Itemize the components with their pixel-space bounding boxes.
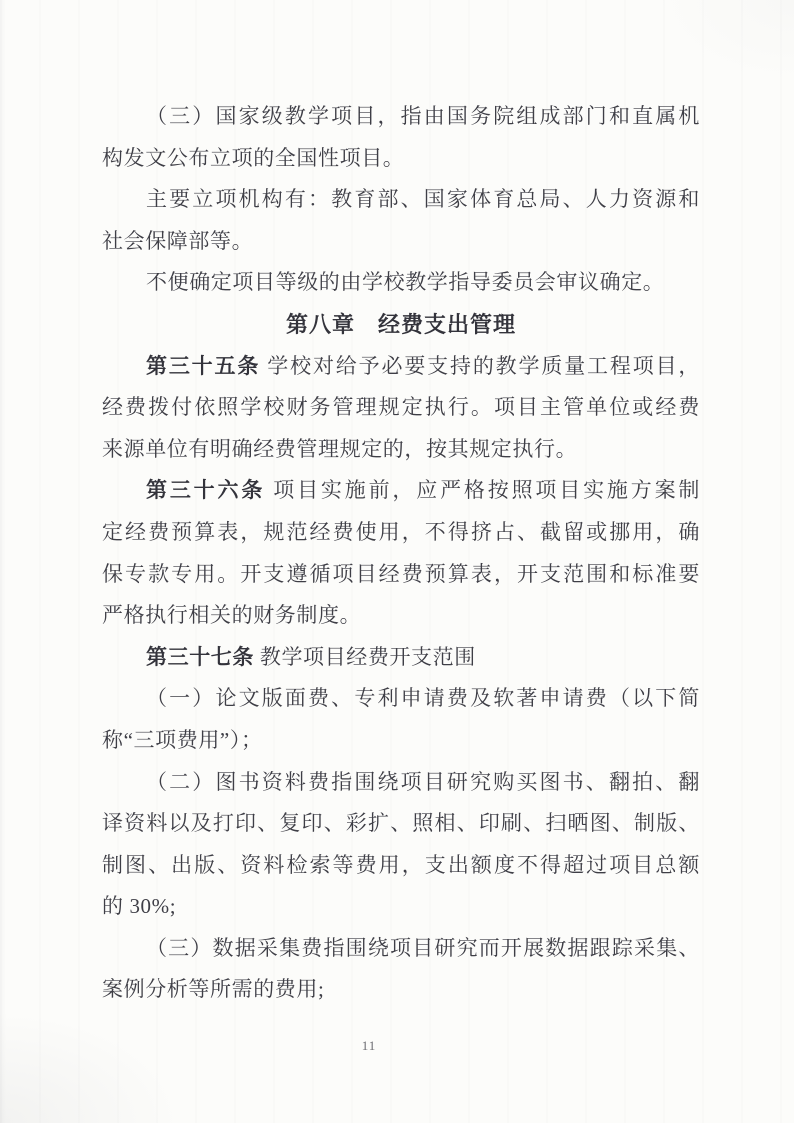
text-line: 经费拨付依照学校财务管理规定执行。项目主管单位或经费 <box>102 387 700 429</box>
text-line: 严格执行相关的财务制度。 <box>102 595 700 637</box>
text-segment: 主要立项机构有：教育部、国家体育总局、人力资源和 <box>146 187 700 211</box>
text-segment: 案例分析等所需的费用; <box>102 977 324 1001</box>
text-line: 称“三项费用”）； <box>102 720 700 762</box>
text-segment-bold: 第三十五条 <box>146 354 260 378</box>
text-segment-bold: 第三十七条 <box>146 645 254 669</box>
text-line: 定经费预算表，规范经费使用，不得挤占、截留或挪用，确 <box>102 512 700 554</box>
text-line: 译资料以及打印、复印、彩扩、照相、印刷、扫晒图、制版、 <box>102 803 700 845</box>
text-line: （一）论文版面费、专利申请费及软著申请费（以下简 <box>102 678 700 720</box>
text-line: 构发文公布立项的全国性项目。 <box>102 138 700 180</box>
text-segment: 社会保障部等。 <box>102 229 253 253</box>
text-segment: （三）数据采集费指围绕项目研究而开展数据跟踪采集、 <box>146 936 700 960</box>
text-line: 来源单位有明确经费管理规定的，按其规定执行。 <box>102 429 700 471</box>
text-segment: 的 30%; <box>102 894 176 918</box>
text-line: （三）国家级教学项目，指由国务院组成部门和直属机 <box>102 96 700 138</box>
text-line: （三）数据采集费指围绕项目研究而开展数据跟踪采集、 <box>102 928 700 970</box>
text-segment: 保专款专用。开支遵循项目经费预算表，开支范围和标准要 <box>102 562 700 586</box>
text-segment: 教学项目经费开支范围 <box>254 645 476 669</box>
text-segment: （二）图书资料费指围绕项目研究购买图书、翻拍、翻 <box>146 770 700 794</box>
text-line: （二）图书资料费指围绕项目研究购买图书、翻拍、翻 <box>102 762 700 804</box>
chapter-heading: 第八章 经费支出管理 <box>102 304 700 346</box>
text-line: 主要立项机构有：教育部、国家体育总局、人力资源和 <box>102 179 700 221</box>
document-body: （三）国家级教学项目，指由国务院组成部门和直属机构发文公布立项的全国性项目。主要… <box>102 96 700 1011</box>
text-line: 不便确定项目等级的由学校教学指导委员会审议确定。 <box>102 262 700 304</box>
text-line: 的 30%; <box>102 886 700 928</box>
text-segment: 项目实施前，应严格按照项目实施方案制 <box>265 478 700 502</box>
text-segment: 学校对给予必要支持的教学质量工程项目， <box>260 354 700 378</box>
text-segment: 称“三项费用”）； <box>102 728 263 752</box>
text-line: 制图、出版、资料检索等费用，支出额度不得超过项目总额 <box>102 845 700 887</box>
text-segment: 经费拨付依照学校财务管理规定执行。项目主管单位或经费 <box>102 395 700 419</box>
text-segment: （一）论文版面费、专利申请费及软著申请费（以下简 <box>146 686 700 710</box>
text-line: 第三十七条 教学项目经费开支范围 <box>102 637 700 679</box>
text-segment: 定经费预算表，规范经费使用，不得挤占、截留或挪用，确 <box>102 520 700 544</box>
page-number: 11 <box>0 1038 766 1054</box>
text-segment: 不便确定项目等级的由学校教学指导委员会审议确定。 <box>146 270 664 294</box>
text-segment: 来源单位有明确经费管理规定的，按其规定执行。 <box>102 437 577 461</box>
text-segment: 译资料以及打印、复印、彩扩、照相、印刷、扫晒图、制版、 <box>102 811 700 835</box>
text-segment-bold: 第三十六条 <box>146 478 265 502</box>
text-segment: 制图、出版、资料检索等费用，支出额度不得超过项目总额 <box>102 853 700 877</box>
document-page: （三）国家级教学项目，指由国务院组成部门和直属机构发文公布立项的全国性项目。主要… <box>0 0 794 1123</box>
text-line: 社会保障部等。 <box>102 221 700 263</box>
text-segment: 构发文公布立项的全国性项目。 <box>102 146 404 170</box>
text-line: 第三十五条 学校对给予必要支持的教学质量工程项目， <box>102 346 700 388</box>
text-segment-bold: 第八章 经费支出管理 <box>286 312 516 337</box>
text-line: 保专款专用。开支遵循项目经费预算表，开支范围和标准要 <box>102 554 700 596</box>
text-segment: 严格执行相关的财务制度。 <box>102 603 361 627</box>
text-line: 案例分析等所需的费用; <box>102 969 700 1011</box>
text-line: 第三十六条 项目实施前，应严格按照项目实施方案制 <box>102 470 700 512</box>
text-segment: （三）国家级教学项目，指由国务院组成部门和直属机 <box>146 104 700 128</box>
